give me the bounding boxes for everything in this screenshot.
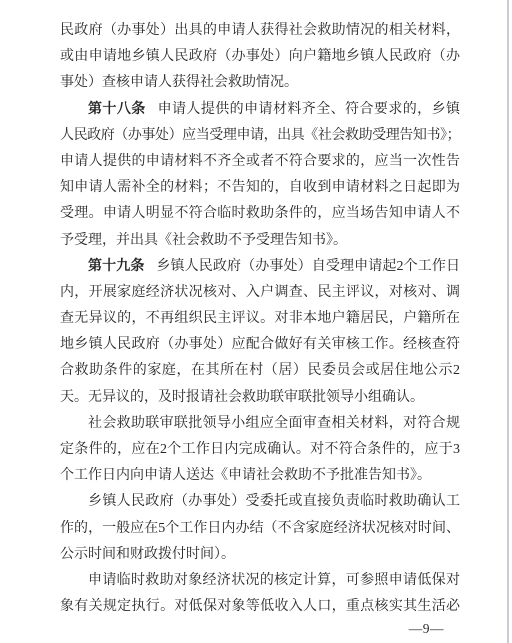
text-line-body: 申请人提供的申请材料齐全、符合要求的，乡镇: [158, 102, 460, 117]
text-line: 受理。申请人明显不符合临时救助条件的，应当场告知申请人不: [60, 201, 460, 227]
text-line: 人民政府（办事处）应当受理申请，出具《社会救助受理告知书》；: [60, 123, 460, 149]
text-line: 地乡镇人民政府（办事处）应配合做好有关审核工作。经核查符: [60, 332, 460, 358]
text-line: 申请人提供的申请材料不齐全或者不符合要求的，应当一次性告: [60, 149, 460, 175]
text-line: 作的，一般应在5个工作日内办结（不含家庭经济状况核对时间、: [60, 516, 460, 542]
text-line: 定条件的，应在2个工作日内完成确认。对不符合条件的，应于3: [60, 437, 460, 463]
text-line: 第十八条申请人提供的申请材料齐全、符合要求的，乡镇: [60, 97, 460, 123]
text-line: 个工作日内向申请人送达《申请社会救助不予批准告知书》。: [60, 463, 460, 489]
text-line: 合救助条件的家庭，在其所在村（居）民委员会或居住地公示2: [60, 358, 460, 384]
text-line-body: 乡镇人民政府（办事处）自受理申请起2个工作日: [156, 259, 460, 274]
text-line: 查无异议的，不再组织民主评议。对非本地户籍居民，户籍所在: [60, 306, 460, 332]
text-line: 第十九条乡镇人民政府（办事处）自受理申请起2个工作日: [60, 254, 460, 280]
text-line: 予受理，并出具《社会救助不予受理告知书》。: [60, 228, 460, 254]
text-line: 象有关规定执行。对低保对象等低收入人口，重点核实其生活必: [60, 594, 460, 620]
article-19-label: 第十九条: [88, 259, 145, 274]
scan-edge-line: [507, 0, 509, 643]
text-line: 社会救助联审联批领导小组应全面审查相关材料，对符合规: [60, 411, 460, 437]
text-line: 天。无异议的，及时报请社会救助联审联批领导小组确认。: [60, 385, 460, 411]
document-text-block: 民政府（办事处）出具的申请人获得社会救助情况的相关材料， 或由申请地乡镇人民政府…: [60, 18, 460, 620]
text-line: 公示时间和财政拨付时间）。: [60, 542, 460, 568]
text-line: 知申请人需补全的材料；不告知的，自收到申请材料之日起即为: [60, 175, 460, 201]
article-18-label: 第十八条: [88, 102, 146, 117]
text-line: 申请临时救助对象经济状况的核定计算，可参照申请低保对: [60, 568, 460, 594]
text-line: 或由申请地乡镇人民政府（办事处）向户籍地乡镇人民政府（办: [60, 44, 460, 70]
page-number: —9—: [409, 620, 444, 638]
text-line: 乡镇人民政府（办事处）受委托或直接负责临时救助确认工: [60, 489, 460, 515]
text-line: 民政府（办事处）出具的申请人获得社会救助情况的相关材料，: [60, 18, 460, 44]
document-page: 民政府（办事处）出具的申请人获得社会救助情况的相关材料， 或由申请地乡镇人民政府…: [0, 0, 512, 643]
text-line: 内，开展家庭经济状况核对、入户调查、民主评议，对核对、调: [60, 280, 460, 306]
text-line: 事处）查核申请人获得社会救助情况。: [60, 70, 460, 96]
